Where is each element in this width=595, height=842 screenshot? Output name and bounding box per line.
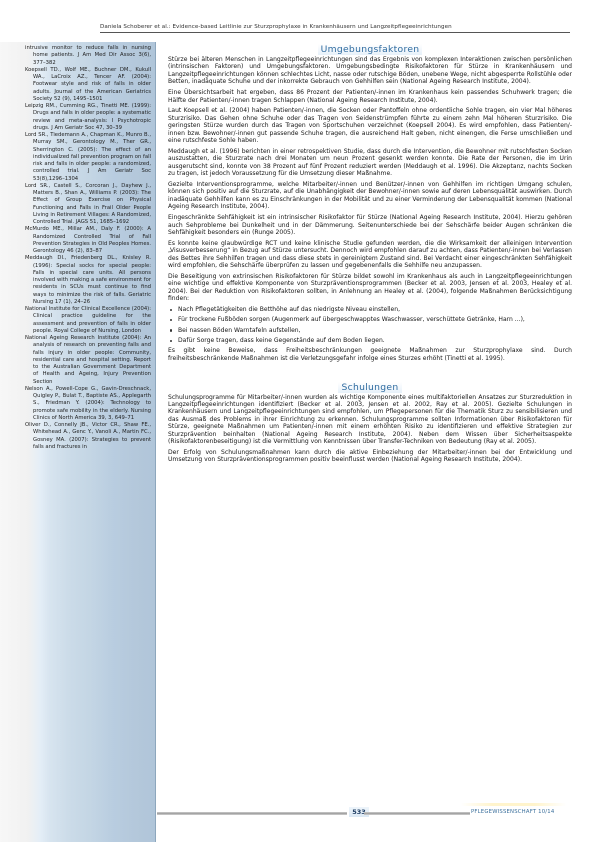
paragraph: Eine Übersichtsarbeit hat ergeben, dass … [168, 89, 572, 104]
main-text-column: Umgebungsfaktoren Stürze bei älteren Men… [168, 44, 572, 467]
reference-entry: Meddaugh DI., Friedenberg DL., Knisley R… [25, 255, 151, 306]
section-heading: Schulungen [168, 382, 572, 393]
list-item: Bei nassen Böden Warntafeln aufstellen, [168, 327, 572, 334]
running-header: Daniela Schoberer et al.: Evidence-based… [100, 24, 570, 33]
paragraph: Meddaugh et al. (1996) berichten in eine… [168, 148, 572, 178]
reference-entry: intrusive monitor to reduce falls in nur… [25, 45, 151, 67]
footer-rule-right [364, 812, 470, 815]
paragraph: Gezielte Interventionsprogramme, welche … [168, 181, 572, 211]
reference-entry: Oliver D., Connelly JB., Victor CR., Sha… [25, 422, 151, 451]
section-heading-text: Schulungen [338, 382, 401, 393]
paragraph: Die Beseitigung von extrinsischen Risiko… [168, 273, 572, 303]
paragraph: Der Erfolg von Schulungsmaßnahmen kann d… [168, 449, 572, 464]
paragraph: Laut Koepsell et al. (2004) haben Patien… [168, 107, 572, 144]
section-heading-text: Umgebungsfaktoren [318, 44, 423, 55]
list-item: Dafür Sorge tragen, dass keine Gegenstän… [168, 337, 572, 344]
reference-list: intrusive monitor to reduce falls in nur… [25, 45, 151, 451]
paragraph: Es gibt keine Beweise, dass Freiheitsbes… [168, 347, 572, 362]
paragraph: Schulungsprogramme für Mitarbeiter/-inne… [168, 394, 572, 446]
reference-entry: Lord SR., Castell S., Corcoran J., Dayhe… [25, 183, 151, 227]
section-heading: Umgebungsfaktoren [168, 44, 572, 55]
reference-entry: National Institute for Clinical Excellen… [25, 306, 151, 335]
section-umgebungsfaktoren: Umgebungsfaktoren Stürze bei älteren Men… [168, 44, 572, 362]
list-item: Für trockene Fußböden sorgen (Augenmerk … [168, 316, 572, 323]
footer-rule-left [157, 812, 347, 815]
reference-entry: Koepsell TD., Wolf ME., Buchner DM., Kuk… [25, 67, 151, 103]
measures-list: Nach Pflegetätigkeiten die Betthöhe auf … [168, 306, 572, 344]
reference-entry: Lord SR., Tiedemann A., Chapman K., Munr… [25, 132, 151, 183]
section-spacer [168, 366, 572, 382]
reference-entry: McMurdo ME., Millar AM., Daly F. (2000):… [25, 226, 151, 255]
section-schulungen: Schulungen Schulungsprogramme für Mitarb… [168, 382, 572, 464]
reference-entry: Leipzig RM., Cumming RG., Tinetti ME. (1… [25, 103, 151, 132]
reference-entry: National Ageing Research Institute (2004… [25, 335, 151, 386]
list-item: Nach Pflegetätigkeiten die Betthöhe auf … [168, 306, 572, 313]
paragraph: Es konnte keine glaubwürdige RCT und kei… [168, 240, 572, 270]
paragraph: Stürze bei älteren Menschen in Langzeitp… [168, 56, 572, 86]
journal-name: PFLEGEWISSENSCHAFT 10/14 [471, 808, 554, 816]
paragraph: Eingeschränkte Sehfähigkeit ist ein intr… [168, 214, 572, 236]
reference-entry: Nelson A., Powell-Cope G., Gavin-Dreschn… [25, 386, 151, 422]
